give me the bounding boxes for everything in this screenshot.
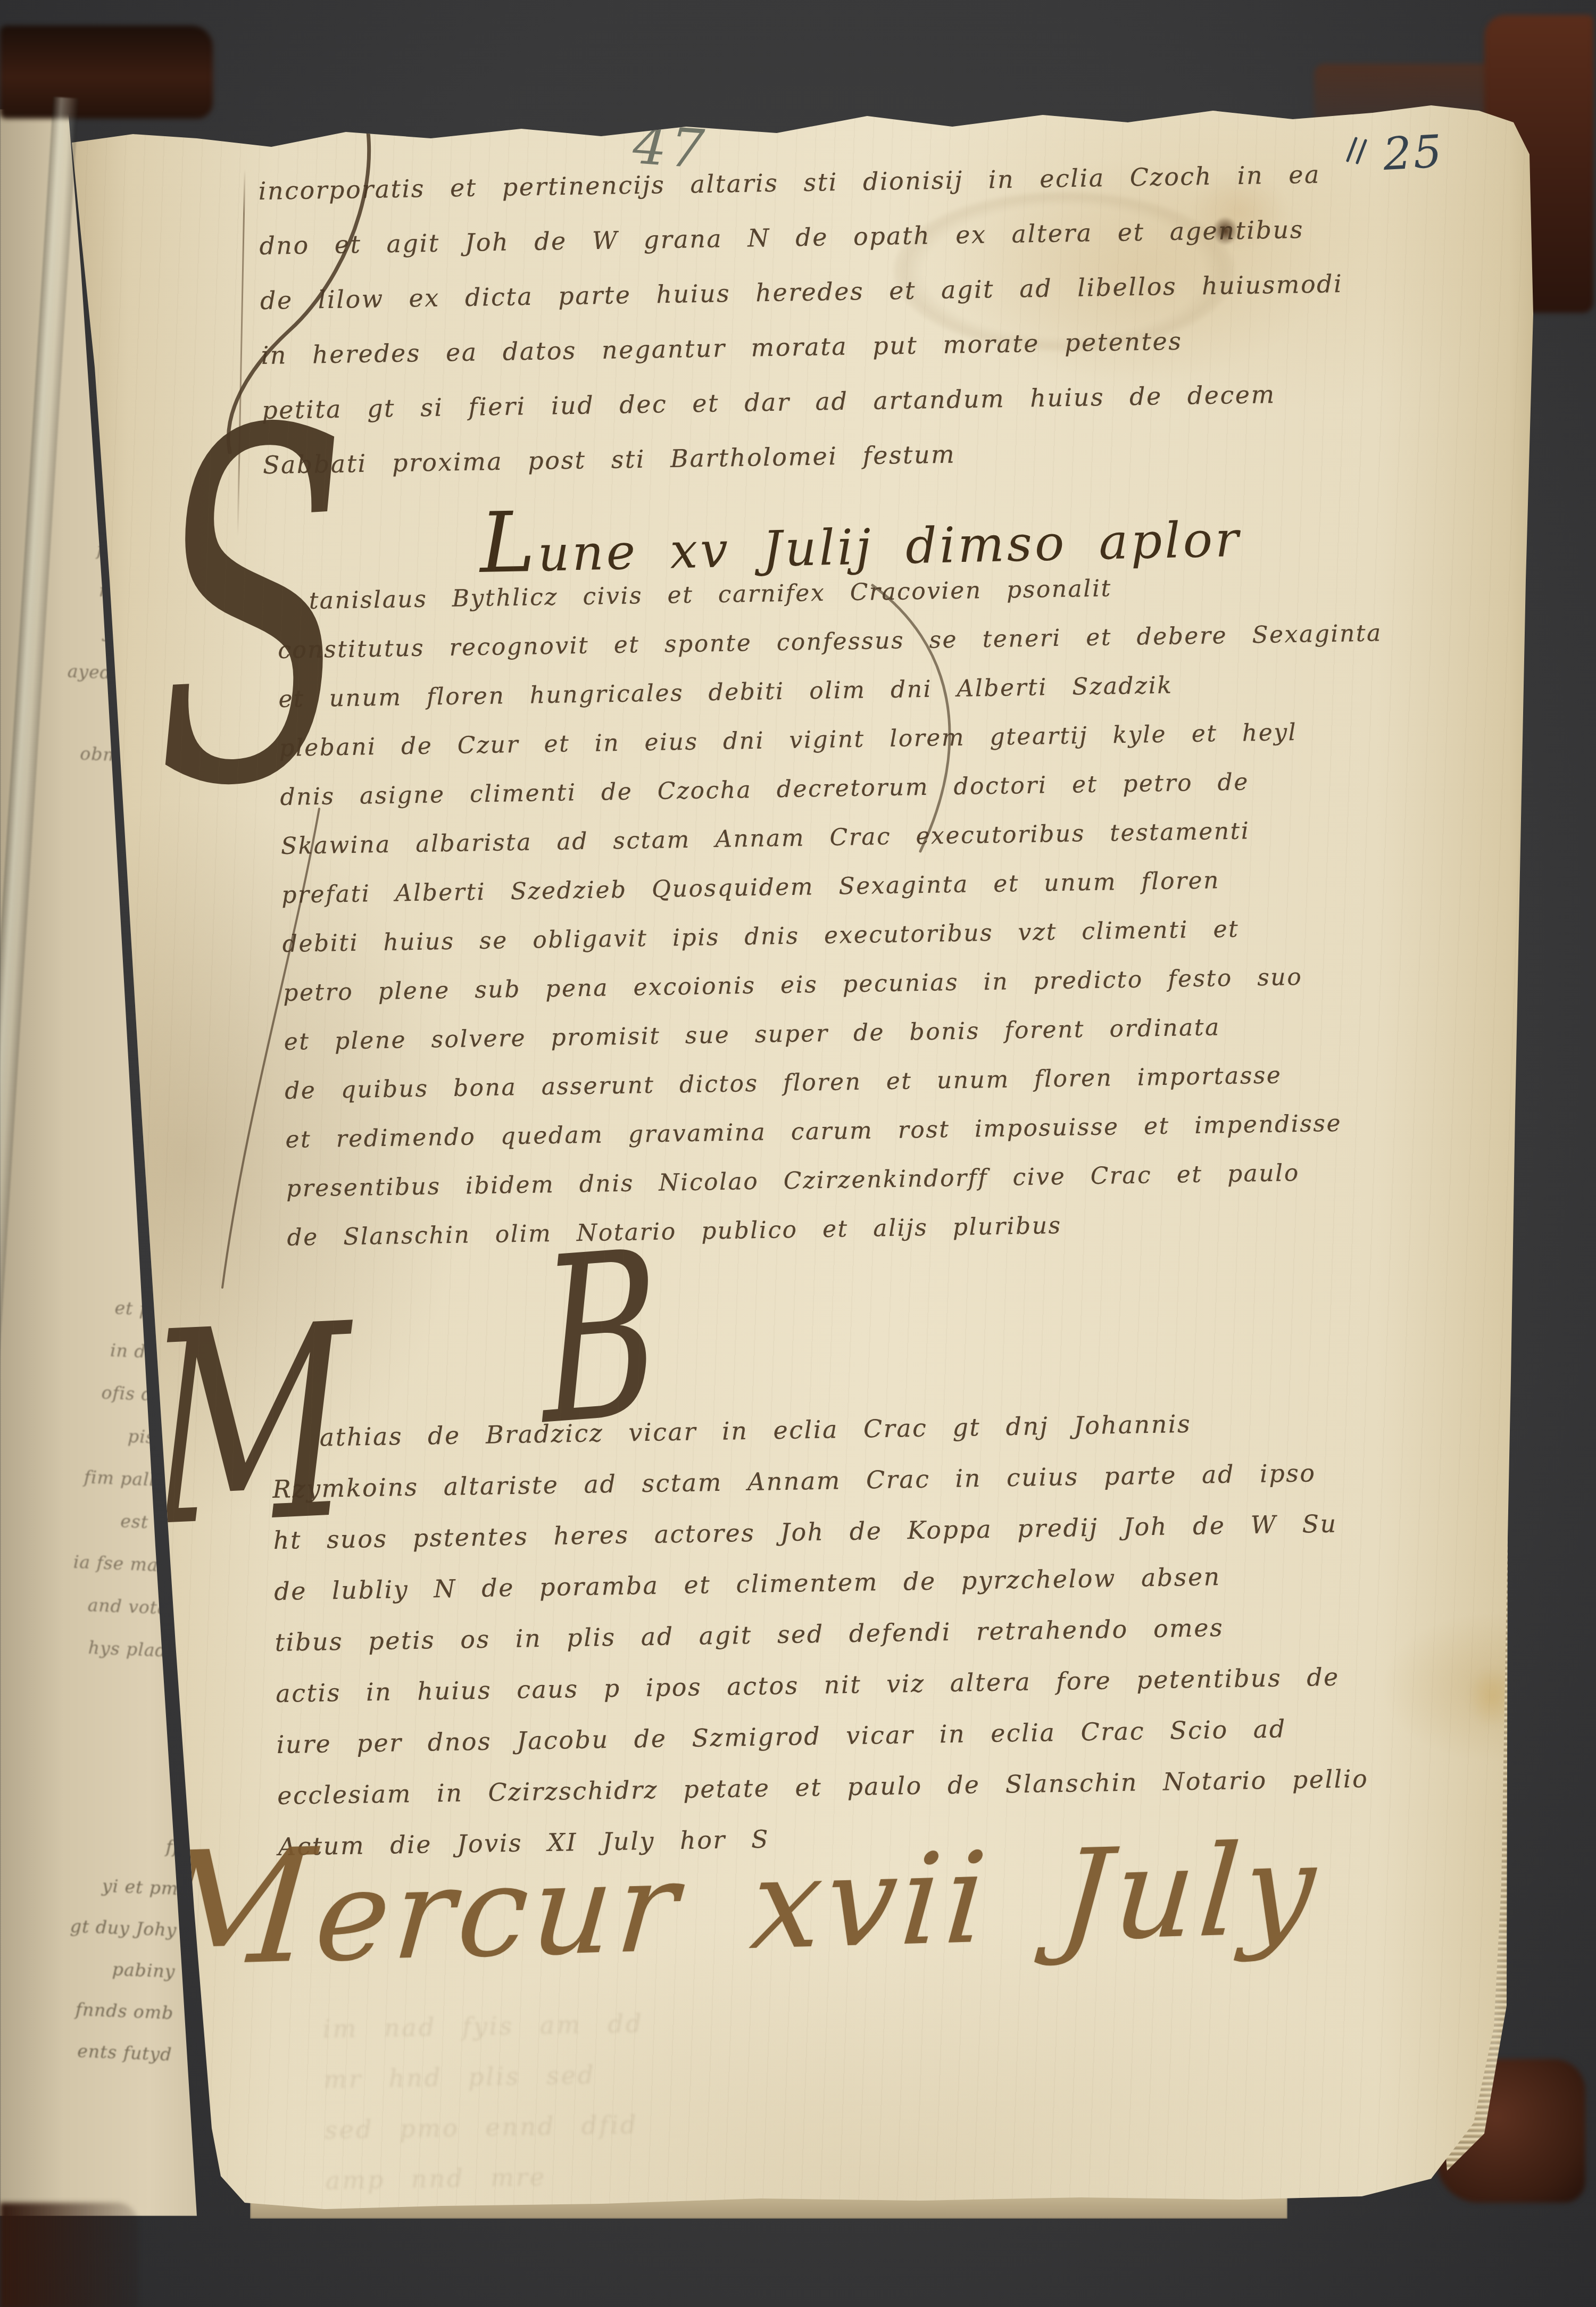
manuscript-text-line: yi et pm	[0, 1861, 179, 1910]
day-heading-mercur-xvii-july: Mercur xvii July	[146, 1787, 1327, 2002]
manuscript-text-line: ff	[0, 1820, 181, 1868]
manuscript-text-line: in degs	[0, 1325, 179, 1374]
manuscript-text-line: gt duy Johy	[0, 1903, 178, 1951]
leather-binding-bottom-left	[0, 2203, 138, 2307]
manuscript-text-line: est m	[0, 1495, 172, 1545]
manuscript-text-line: ia fse mag	[0, 1538, 171, 1587]
archival-scan-background: { "page": { "folio_pencil": "47", "folio…	[0, 0, 1596, 2307]
manuscript-text-line: ents futyd	[0, 2027, 173, 2076]
manuscript-page: 47 25 incorporatis et pertinencijs altar…	[69, 101, 1553, 2216]
manuscript-text-line: ofis dnd	[0, 1367, 178, 1417]
manuscript-text-line: fim pallig	[0, 1453, 174, 1502]
entry-1-text: incorporatis et pertinencijs altaris sti…	[258, 147, 1346, 493]
folio-check-mark	[1343, 133, 1375, 170]
margin-stain	[1468, 1668, 1516, 1727]
entry-2-text: tanislaus Bythlicz civis et carnifex Cra…	[277, 560, 1392, 1262]
manuscript-text-line: pis t.	[0, 1410, 176, 1459]
manuscript-text-line: and vota	[0, 1580, 169, 1630]
manuscript-text-line: pabiny	[0, 1944, 176, 1993]
manuscript-text-line: hys plad	[0, 1623, 168, 1672]
facing-page-text-fragments-bottom: ffyi et pmgt duy Johypabinyfnnds ombents…	[0, 1820, 199, 2076]
manuscript-text-line: fnnds omb	[0, 1986, 174, 2034]
folio-number-ink: 25	[1382, 125, 1445, 180]
leather-binding-top-left	[0, 26, 213, 119]
